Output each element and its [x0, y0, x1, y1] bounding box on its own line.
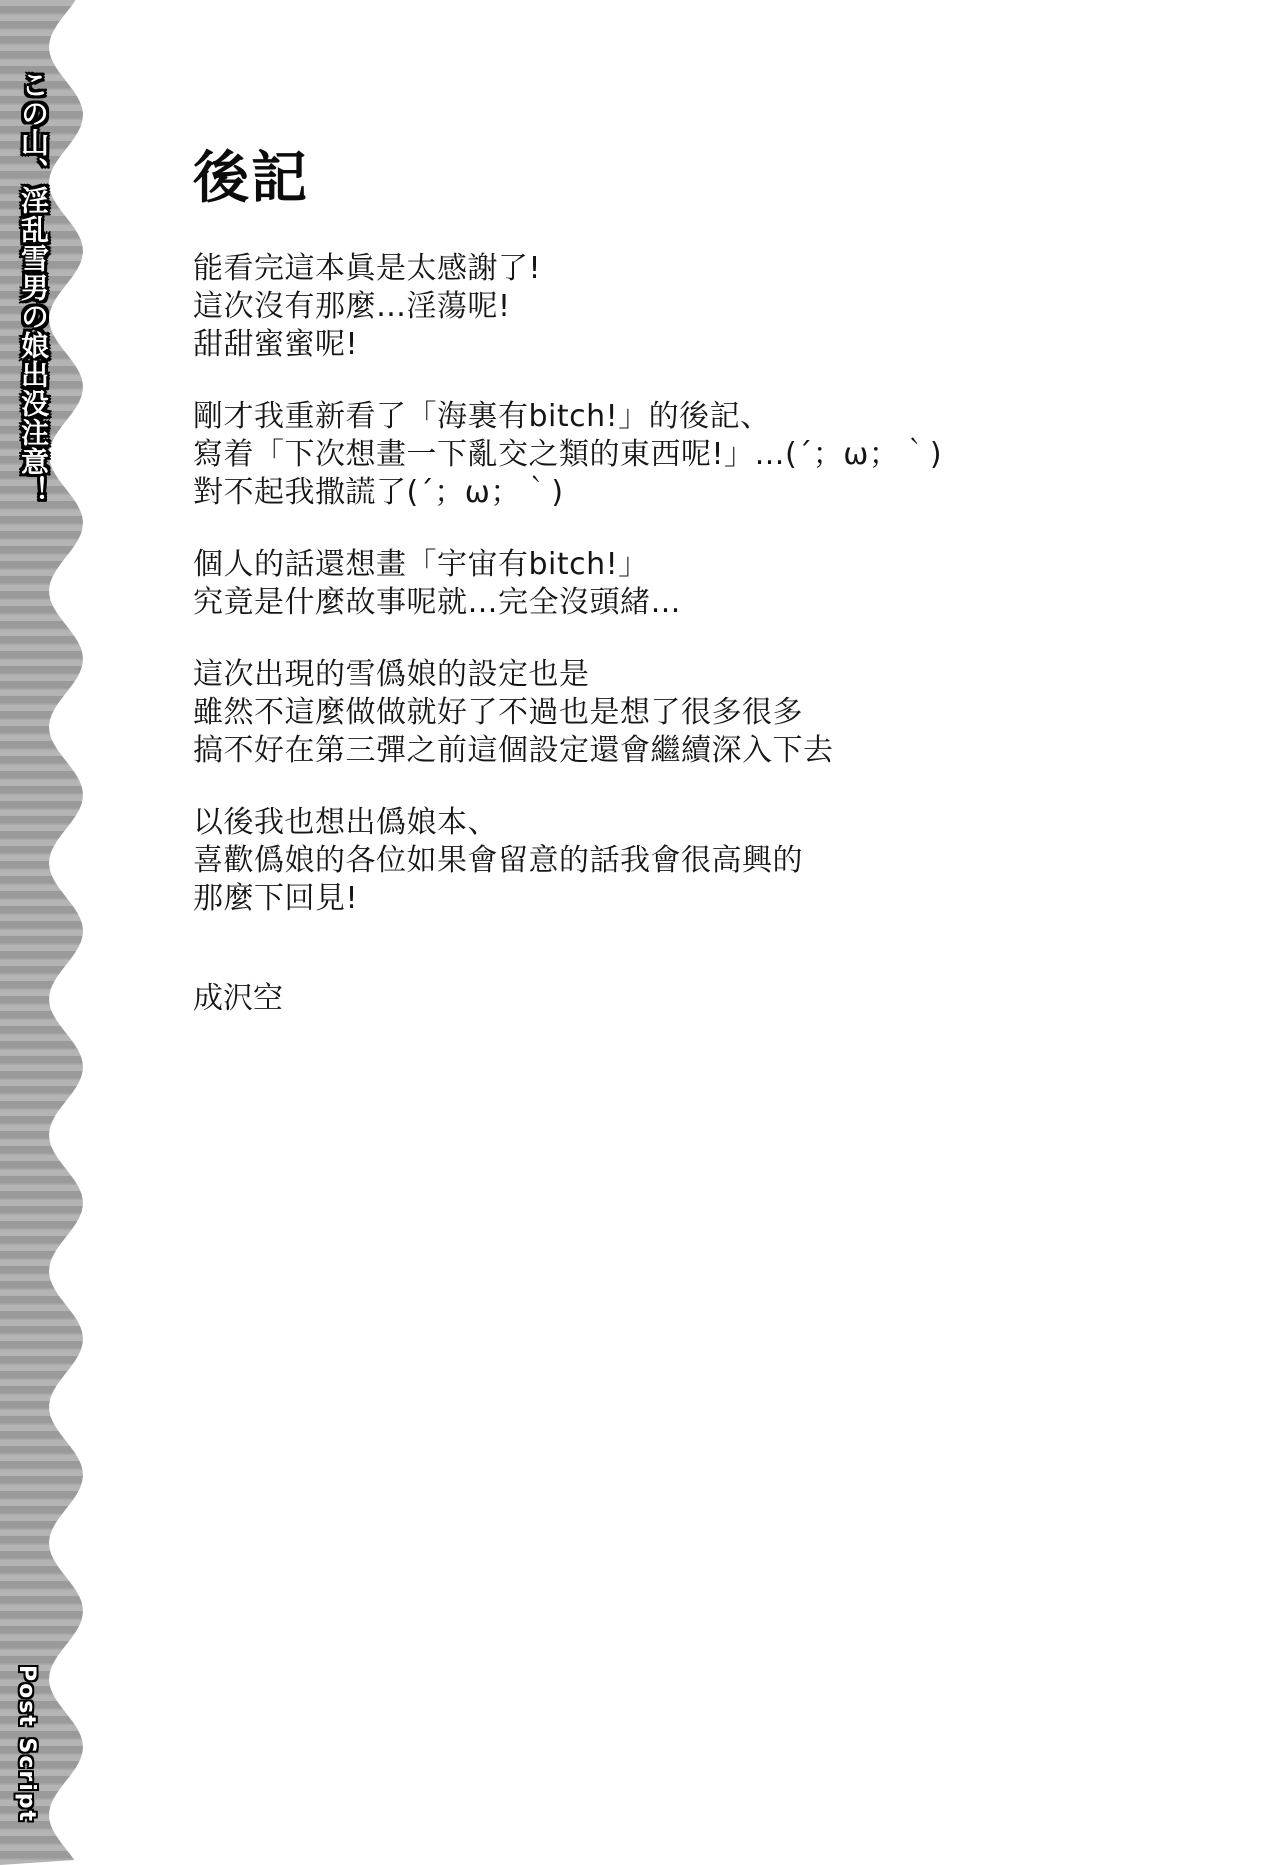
sidebar-vertical-title: この山、淫乱雪男の娘出没注意！ — [6, 70, 60, 505]
page-title: 後記 — [193, 148, 1133, 210]
text-line: 那麼下回見! — [193, 880, 1133, 918]
paragraph-next-idea: 個人的話還想畫「宇宙有bitch!」 究竟是什麼故事呢就…完全沒頭緒… — [193, 546, 1133, 622]
text-line: 搞不好在第三彈之前這個設定還會繼續深入下去 — [193, 732, 1133, 770]
paragraph-farewell: 以後我也想出僞娘本、 喜歡僞娘的各位如果會留意的話我會很高興的 那麼下回見! — [193, 804, 1133, 918]
text-line: 對不起我撒謊了(´；ω；｀) — [193, 474, 1133, 512]
text-line: 究竟是什麼故事呢就…完全沒頭緒… — [193, 584, 1133, 622]
sidebar-postscript-label: Post Script — [14, 1665, 39, 1823]
text-line: 個人的話還想畫「宇宙有bitch!」 — [193, 546, 1133, 584]
decorative-sidebar: この山、淫乱雪男の娘出没注意！ Post Script — [0, 0, 110, 1865]
text-line: 以後我也想出僞娘本、 — [193, 804, 1133, 842]
afterword-content: 後記 能看完這本眞是太感謝了! 這次沒有那麼…淫蕩呢! 甜甜蜜蜜呢! 剛才我重新… — [193, 140, 1133, 1018]
author-signature: 成沢空 — [193, 980, 1133, 1018]
text-line: 甜甜蜜蜜呢! — [193, 326, 1133, 364]
text-line: 能看完這本眞是太感謝了! — [193, 250, 1133, 288]
paragraph-previous-book: 剛才我重新看了「海裏有bitch!」的後記、 寫着「下次想畫一下亂交之類的東西呢… — [193, 398, 1133, 512]
text-line: 雖然不這麼做做就好了不過也是想了很多很多 — [193, 694, 1133, 732]
text-line: 喜歡僞娘的各位如果會留意的話我會很高興的 — [193, 842, 1133, 880]
text-line: 這次沒有那麼…淫蕩呢! — [193, 288, 1133, 326]
paragraph-character-setting: 這次出現的雪僞娘的設定也是 雖然不這麼做做就好了不過也是想了很多很多 搞不好在第… — [193, 656, 1133, 770]
afterword-page: この山、淫乱雪男の娘出没注意！ Post Script 後記 能看完這本眞是太感… — [0, 0, 1280, 1865]
paragraph-thanks: 能看完這本眞是太感謝了! 這次沒有那麼…淫蕩呢! 甜甜蜜蜜呢! — [193, 250, 1133, 364]
text-line: 這次出現的雪僞娘的設定也是 — [193, 656, 1133, 694]
text-line: 寫着「下次想畫一下亂交之類的東西呢!」…(´；ω；｀) — [193, 436, 1133, 474]
text-line: 剛才我重新看了「海裏有bitch!」的後記、 — [193, 398, 1133, 436]
